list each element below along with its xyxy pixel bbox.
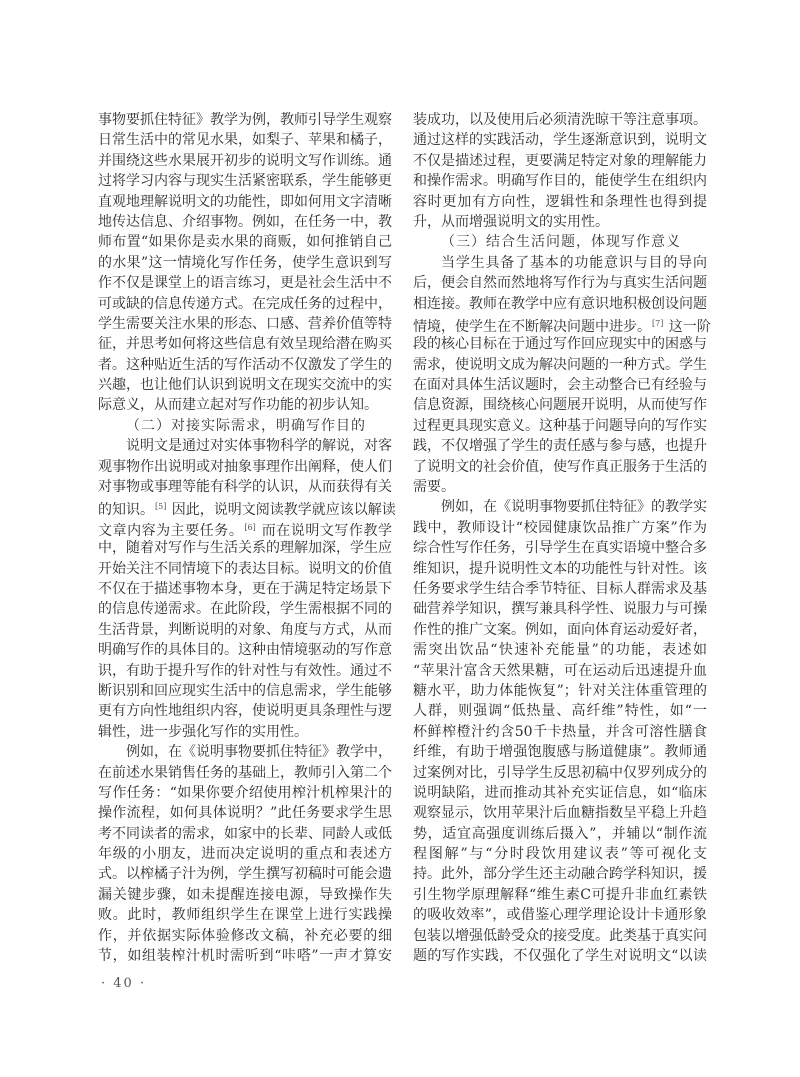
text-line: 观察显示，饮用苹果汁后血糖指数呈平稳上升趋 (413, 803, 707, 823)
text-line: 生活背景，判断说明的对象、角度与方式，从而 (98, 620, 392, 640)
text-line: 后，便会自然而然地将写作行为与真实生活问题 (413, 273, 707, 293)
citation-ref: [6] (244, 523, 255, 532)
text-line: 可或缺的信息传递方式。在完成任务的过程中， (98, 294, 392, 314)
text-line: 辑性，进一步强化写作的实用性。 (98, 722, 392, 742)
text-line: 包装以增强低龄受众的接受度。此类基于真实问 (413, 926, 707, 946)
text-line: 题的写作实践，不仅强化了学生对说明文“以读 (413, 946, 707, 966)
text-line: 日常生活中的常见水果，如梨子、苹果和橘子， (98, 130, 392, 150)
text-line: 征，并思考如何将这些信息有效呈现给潜在购买 (98, 334, 392, 354)
text-line: 作不仅是课堂上的语言练习，更是社会生活中不 (98, 273, 392, 293)
text-line: 明确写作的具体目的。这种由情境驱动的写作意 (98, 640, 392, 660)
text-line: 的水果”这一情境化写作任务，使学生意识到写 (98, 253, 392, 273)
text-line: 中，随着对写作与生活关系的理解加深，学生应 (98, 538, 392, 558)
text-line: 通过这样的实践活动，学生逐渐意识到，说明文 (413, 130, 707, 150)
text-line: 开始关注不同情境下的表达目标。说明文的价值 (98, 559, 392, 579)
text-line: 事物要抓住特征》教学为例，教师引导学生观察 (98, 110, 392, 130)
text-line: 断识别和回应现实生活中的信息需求，学生能够 (98, 681, 392, 701)
text-segment: 文章内容为主要任务。 (98, 523, 243, 539)
left-column: 事物要抓住特征》教学为例，教师引导学生观察 日常生活中的常见水果，如梨子、苹果和… (98, 110, 392, 966)
text-line: 在前述水果销售任务的基础上，教师引入第二个 (98, 763, 392, 783)
text-segment: 的知识。 (98, 502, 154, 518)
text-line: 地传达信息、介绍事物。例如，在任务一中，教 (98, 212, 392, 232)
text-line: 杯鲜榨橙汁约含50千卡热量，并含可溶性膳食 (413, 722, 707, 742)
text-line: 情境，使学生在不断解决问题中进步。[7] 这一阶 (413, 314, 707, 334)
text-line: 更有方向性地组织内容，使说明更具条理性与逻 (98, 701, 392, 721)
text-line: 式。以榨橘子汁为例，学生撰写初稿时可能会遗 (98, 864, 392, 884)
text-line: 文章内容为主要任务。[6] 而在说明文写作教学 (98, 518, 392, 538)
page-number: · 40 · (101, 976, 146, 991)
text-segment: 这一阶 (664, 319, 710, 335)
text-line: 在面对具体生活议题时，会主动整合已有经验与 (413, 375, 707, 395)
text-line: 年级的小朋友，进而决定说明的重点和表述方 (98, 844, 392, 864)
text-line: 过将学习内容与现实生活紧密联系，学生能够更 (98, 171, 392, 191)
text-line: “苹果汁富含天然果糖，可在运动后迅速提升血 (413, 661, 707, 681)
text-line: 糖水平，助力体能恢复”；针对关注体重管理的 (413, 681, 707, 701)
text-line: 的知识。[5] 因此，说明文阅读教学就应该以解读 (98, 497, 392, 517)
text-line: 维知识，提升说明性文本的功能性与针对性。该 (413, 559, 707, 579)
text-line: 考不同读者的需求，如家中的长辈、同龄人或低 (98, 824, 392, 844)
text-line: 作性的推广文案。例如，面向体育运动爱好者， (413, 620, 707, 640)
text-line: 识，有助于提升写作的针对性与有效性。通过不 (98, 661, 392, 681)
section-heading: （二）对接实际需求，明确写作目的 (98, 416, 392, 436)
text-line: 操作流程，如何具体说明？”此任务要求学生思 (98, 803, 392, 823)
text-line: 当学生具备了基本的功能意识与目的导向 (413, 253, 707, 273)
text-line: 际意义，从而建立起对写作功能的初步认知。 (98, 395, 392, 415)
text-line: 作，并依据实际体验修改文稿，补充必要的细 (98, 926, 392, 946)
text-line: 不仅在于描述事物本身，更在于满足特定场景下 (98, 579, 392, 599)
text-segment: 因此，说明文阅读教学就应该以解读 (167, 502, 395, 518)
text-line: 任务要求学生结合季节特征、目标人群需求及基 (413, 579, 707, 599)
text-line: 段的核心目标在于通过写作回应现实中的困惑与 (413, 334, 707, 354)
text-line: 需要。 (413, 477, 707, 497)
text-line: 础营养学知识，撰写兼具科学性、说服力与可操 (413, 599, 707, 619)
text-line: 对事物或事理等能有科学的认识，从而获得有关 (98, 477, 392, 497)
text-line: 说明缺陷，进而推动其补充实证信息，如“临床 (413, 783, 707, 803)
text-line: 过案例对比，引导学生反思初稿中仅罗列成分的 (413, 763, 707, 783)
text-line: 学生需要关注水果的形态、口感、营养价值等特 (98, 314, 392, 334)
text-line: 说明文是通过对实体事物科学的解说，对客 (98, 436, 392, 456)
text-line: 的信息传递需求。在此阶段，学生需根据不同的 (98, 599, 392, 619)
text-line: 过程更具现实意义。这种基于问题导向的写作实 (413, 416, 707, 436)
text-line: 人群，则强调“低热量、高纤维”特性，如“一 (413, 701, 707, 721)
text-line: 需突出饮品“快速补充能量”的功能，表述如 (413, 640, 707, 660)
text-line: 例如，在《说明事物要抓住特征》教学中， (98, 742, 392, 762)
text-line: 败。此时，教师组织学生在课堂上进行实践操 (98, 905, 392, 925)
text-line: 例如，在《说明事物要抓住特征》的教学实 (413, 497, 707, 517)
text-line: 相连接。教师在教学中应有意识地积极创设问题 (413, 294, 707, 314)
text-line: 漏关键步骤，如未提醒连接电源，导致操作失 (98, 885, 392, 905)
text-line: 了说明文的社会价值，使写作真正服务于生活的 (413, 457, 707, 477)
journal-page: 事物要抓住特征》教学为例，教师引导学生观察 日常生活中的常见水果，如梨子、苹果和… (0, 0, 800, 1077)
citation-ref: [5] (155, 502, 166, 511)
text-line: 引生物学原理解释“维生素C可提升非血红素铁 (413, 885, 707, 905)
text-line: 装成功，以及使用后必须清洗晾干等注意事项。 (413, 110, 707, 130)
text-segment: 而在说明文写作教学 (257, 523, 392, 539)
text-segment: 情境，使学生在不断解决问题中进步。 (413, 319, 651, 335)
text-line: 纤维，有助于增强饱腹感与肠道健康”。教师通 (413, 742, 707, 762)
text-line: 并围绕这些水果展开初步的说明文写作训练。通 (98, 151, 392, 171)
text-line: 者。这种贴近生活的写作活动不仅激发了学生的 (98, 355, 392, 375)
text-line: 节，如组装榨汁机时需听到“咔嗒”一声才算安 (98, 946, 392, 966)
text-line: 升，从而增强说明文的实用性。 (413, 212, 707, 232)
text-line: 观事物作出说明或对抽象事理作出阐释，使人们 (98, 457, 392, 477)
text-line: 践中，教师设计“校园健康饮品推广方案”作为 (413, 518, 707, 538)
text-line: 和操作需求。明确写作目的，能使学生在组织内 (413, 171, 707, 191)
text-line: 需求，使说明文成为解决问题的一种方式。学生 (413, 355, 707, 375)
right-column: 装成功，以及使用后必须清洗晾干等注意事项。 通过这样的实践活动，学生逐渐意识到，… (413, 110, 707, 966)
citation-ref: [7] (652, 319, 663, 328)
text-line: 程图解”与“分时段饮用建议表”等可视化支 (413, 844, 707, 864)
text-line: 师布置“如果你是卖水果的商贩，如何推销自己 (98, 232, 392, 252)
section-heading: （三）结合生活问题，体现写作意义 (413, 232, 707, 252)
text-line: 综合性写作任务，引导学生在真实语境中整合多 (413, 538, 707, 558)
text-line: 写作任务：“如果你要介绍使用榨汁机榨果汁的 (98, 783, 392, 803)
text-line: 容时更加有方向性，逻辑性和条理性也得到提 (413, 192, 707, 212)
text-line: 的吸收效率”，或借鉴心理学理论设计卡通形象 (413, 905, 707, 925)
text-line: 信息资源，围绕核心问题展开说明，从而使写作 (413, 395, 707, 415)
text-line: 持。此外，部分学生还主动融合跨学科知识，援 (413, 864, 707, 884)
text-line: 直观地理解说明文的功能性，即如何用文字清晰 (98, 192, 392, 212)
text-line: 势，适宜高强度训练后摄入”，并辅以“制作流 (413, 824, 707, 844)
text-line: 不仅是描述过程，更要满足特定对象的理解能力 (413, 151, 707, 171)
text-line: 践，不仅增强了学生的责任感与参与感，也提升 (413, 436, 707, 456)
text-line: 兴趣，也让他们认识到说明文在现实交流中的实 (98, 375, 392, 395)
